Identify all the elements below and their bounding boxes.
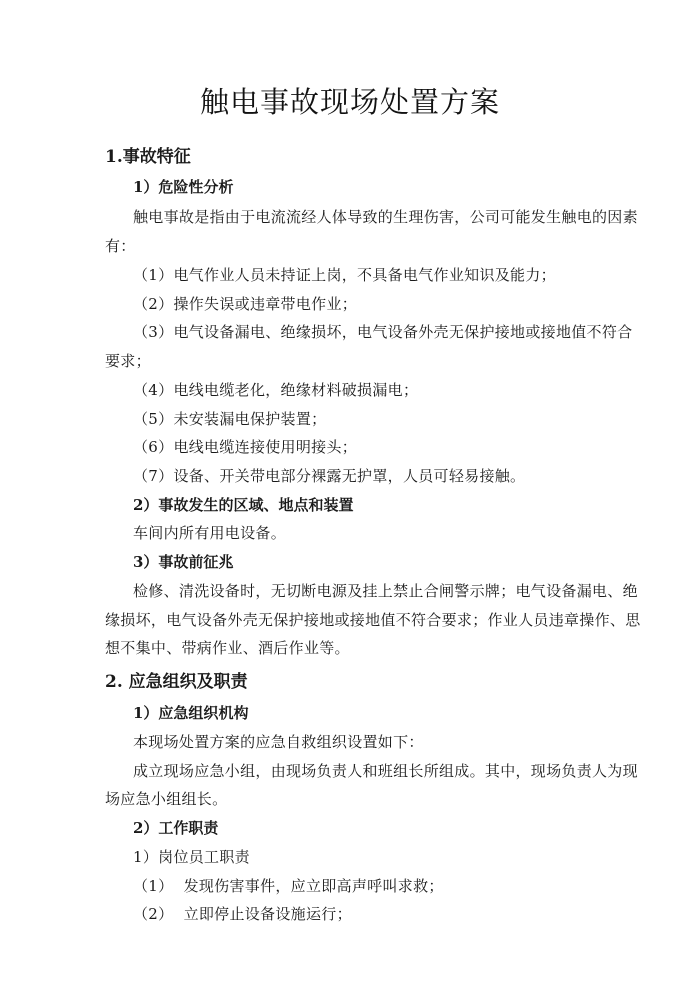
document-title: 触电事故现场处置方案 <box>0 82 700 122</box>
list-item: （5）未安装漏电保护装置； <box>133 409 326 429</box>
paragraph-line: 场应急小组组长。 <box>105 789 227 809</box>
paragraph-line: 想不集中、带病作业、酒后作业等。 <box>105 638 350 658</box>
section-heading-1: 1.事故特征 <box>105 147 191 167</box>
list-item: （1） 发现伤害事件，应立即高声呼叫求救； <box>133 876 444 896</box>
paragraph-line: 缘损坏，电气设备外壳无保护接地或接地值不符合要求；作业人员违章操作、思 <box>105 610 618 630</box>
list-item: （3）电气设备漏电、绝缘损坏，电气设备外壳无保护接地或接地值不符合 <box>133 322 618 342</box>
subsection-heading-precursors: 3）事故前征兆 <box>133 552 233 572</box>
list-item: （2） 立即停止设备设施运行； <box>133 904 352 924</box>
list-item: （6）电线电缆连接使用明接头； <box>133 437 357 457</box>
subsection-heading-emergency-org: 1）应急组织机构 <box>133 703 248 723</box>
list-item: （4）电线电缆老化，绝缘材料破损漏电； <box>133 380 418 400</box>
list-item: （2）操作失误或违章带电作业； <box>133 294 357 314</box>
section-heading-2: 2. 应急组织及职责 <box>105 672 248 692</box>
paragraph-line: 有： <box>105 236 136 256</box>
paragraph-line: 检修、清洗设备时，无切断电源及挂上禁止合闸警示牌；电气设备漏电、绝 <box>133 581 618 601</box>
paragraph-line: 车间内所有用电设备。 <box>133 523 286 543</box>
paragraph-line: 1）岗位员工职责 <box>133 847 250 867</box>
document-page: 触电事故现场处置方案 1.事故特征 1）危险性分析 触电事故是指由于电流流经人体… <box>0 0 700 990</box>
paragraph-line: 成立现场应急小组，由现场负责人和班组长所组成。其中，现场负责人为现 <box>133 761 618 781</box>
list-item: （7）设备、开关带电部分裸露无护罩，人员可轻易接触。 <box>133 466 525 486</box>
paragraph-line: 触电事故是指由于电流流经人体导致的生理伤害，公司可能发生触电的因素 <box>133 207 618 227</box>
subsection-heading-accident-area: 2）事故发生的区域、地点和装置 <box>133 495 353 515</box>
paragraph-line: 本现场处置方案的应急自救组织设置如下： <box>133 732 424 752</box>
subsection-heading-duties: 2）工作职责 <box>133 818 218 838</box>
subsection-heading-hazard-analysis: 1）危险性分析 <box>133 177 233 197</box>
list-item: （1）电气作业人员未持证上岗，不具备电气作业知识及能力； <box>133 265 556 285</box>
list-item-continuation: 要求； <box>105 351 151 371</box>
